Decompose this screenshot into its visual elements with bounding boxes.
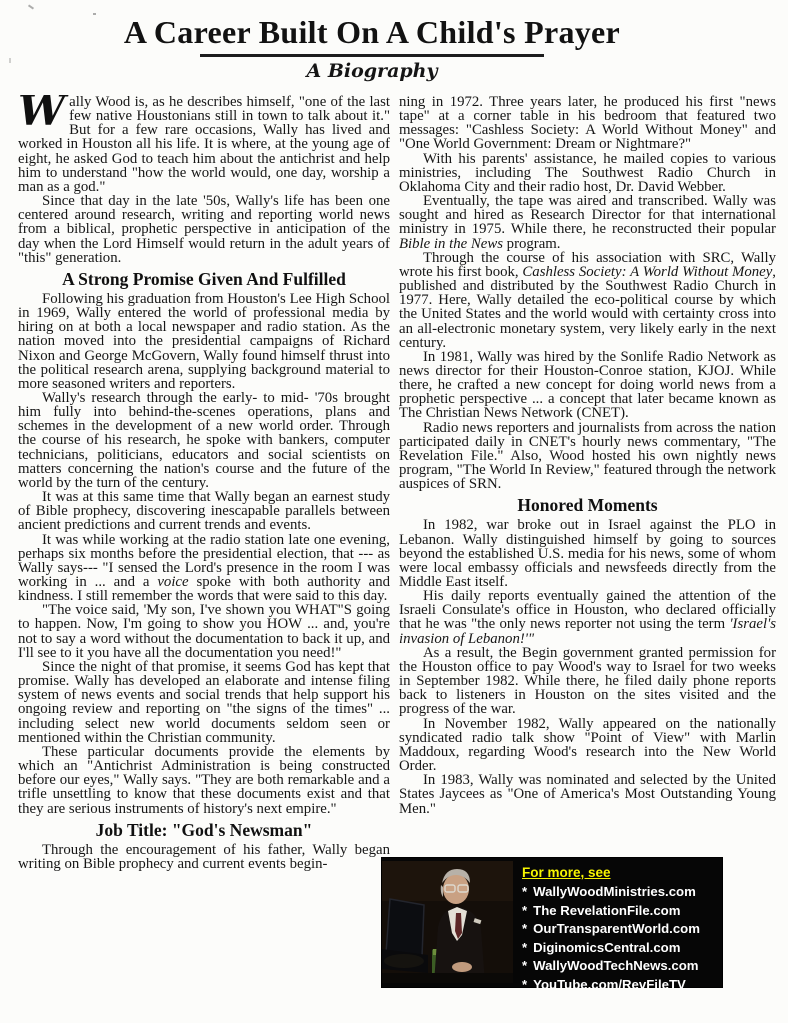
- section-heading: Honored Moments: [399, 495, 776, 515]
- paragraph: Following his graduation from Houston's …: [18, 292, 390, 391]
- paragraph: Wally's research through the early- to m…: [18, 391, 390, 490]
- paragraph: In 1983, Wally was nominated and selecte…: [399, 773, 776, 815]
- masthead: A Career Built On A Child's Prayer A Bio…: [0, 14, 744, 82]
- article-right-column: ning in 1972. Three years later, he prod…: [399, 95, 776, 855]
- paragraph: ning in 1972. Three years later, he prod…: [399, 95, 776, 152]
- page-subtitle: A Biography: [0, 60, 744, 82]
- title-underline: [200, 54, 544, 57]
- paragraph: Eventually, the tape was aired and trans…: [399, 194, 776, 251]
- promo-link: *WallyWoodMinistries.com: [522, 885, 718, 898]
- paragraph: It was while working at the radio statio…: [18, 533, 390, 604]
- asterisk-bullet: *: [522, 904, 527, 917]
- promo-link-label: OurTransparentWorld.com: [533, 922, 700, 935]
- asterisk-bullet: *: [522, 978, 527, 991]
- promo-link: *WallyWoodTechNews.com: [522, 959, 718, 972]
- article-left-column: Wally Wood is, as he describes himself, …: [18, 95, 390, 1015]
- wally-wood-photo: [382, 861, 513, 983]
- section-heading: A Strong Promise Given And Fulfilled: [18, 269, 390, 289]
- paragraph: "The voice said, 'My son, I've shown you…: [18, 603, 390, 660]
- paragraph: Through the encouragement of his father,…: [18, 843, 390, 871]
- page-title: A Career Built On A Child's Prayer: [0, 14, 744, 51]
- promo-link-label: YouTube.com/RevFileTV: [533, 978, 686, 991]
- paragraph: It was at this same time that Wally bega…: [18, 490, 390, 532]
- promo-box: For more, see *WallyWoodMinistries.com*T…: [381, 857, 723, 988]
- paragraph: With his parents' assistance, he mailed …: [399, 152, 776, 194]
- paragraph: Since the night of that promise, it seem…: [18, 660, 390, 745]
- section-heading: Job Title: "God's Newsman": [18, 820, 390, 840]
- promo-text-block: For more, see *WallyWoodMinistries.com*T…: [522, 864, 718, 996]
- promo-link-label: WallyWoodMinistries.com: [533, 885, 696, 898]
- paragraph: In November 1982, Wally appeared on the …: [399, 717, 776, 774]
- paragraph: As a result, the Begin government grante…: [399, 646, 776, 717]
- asterisk-bullet: *: [522, 922, 527, 935]
- scanned-article-page: A Career Built On A Child's Prayer A Bio…: [0, 0, 788, 1023]
- paragraph: These particular documents provide the e…: [18, 745, 390, 816]
- paragraph: In 1981, Wally was hired by the Sonlife …: [399, 350, 776, 421]
- promo-link-list: *WallyWoodMinistries.com*The RevelationF…: [522, 885, 718, 991]
- paragraph: His daily reports eventually gained the …: [399, 589, 776, 646]
- paragraph: Since that day in the late '50s, Wally's…: [18, 194, 390, 265]
- dropcap-letter: W: [18, 95, 69, 125]
- asterisk-bullet: *: [522, 959, 527, 972]
- promo-link-label: WallyWoodTechNews.com: [533, 959, 698, 972]
- promo-link: *YouTube.com/RevFileTV: [522, 978, 718, 991]
- scan-artifact: [28, 4, 34, 9]
- promo-link-label: The RevelationFile.com: [533, 904, 680, 917]
- paragraph: Radio news reporters and journalists fro…: [399, 421, 776, 492]
- promo-link: *DiginomicsCentral.com: [522, 941, 718, 954]
- asterisk-bullet: *: [522, 885, 527, 898]
- promo-link: *The RevelationFile.com: [522, 904, 718, 917]
- promo-heading: For more, see: [522, 865, 611, 880]
- promo-link: *OurTransparentWorld.com: [522, 922, 718, 935]
- paragraph: Through the course of his association wi…: [399, 251, 776, 350]
- asterisk-bullet: *: [522, 941, 527, 954]
- paragraph: Wally Wood is, as he describes himself, …: [18, 95, 390, 194]
- paragraph: In 1982, war broke out in Israel against…: [399, 518, 776, 589]
- promo-link-label: DiginomicsCentral.com: [533, 941, 680, 954]
